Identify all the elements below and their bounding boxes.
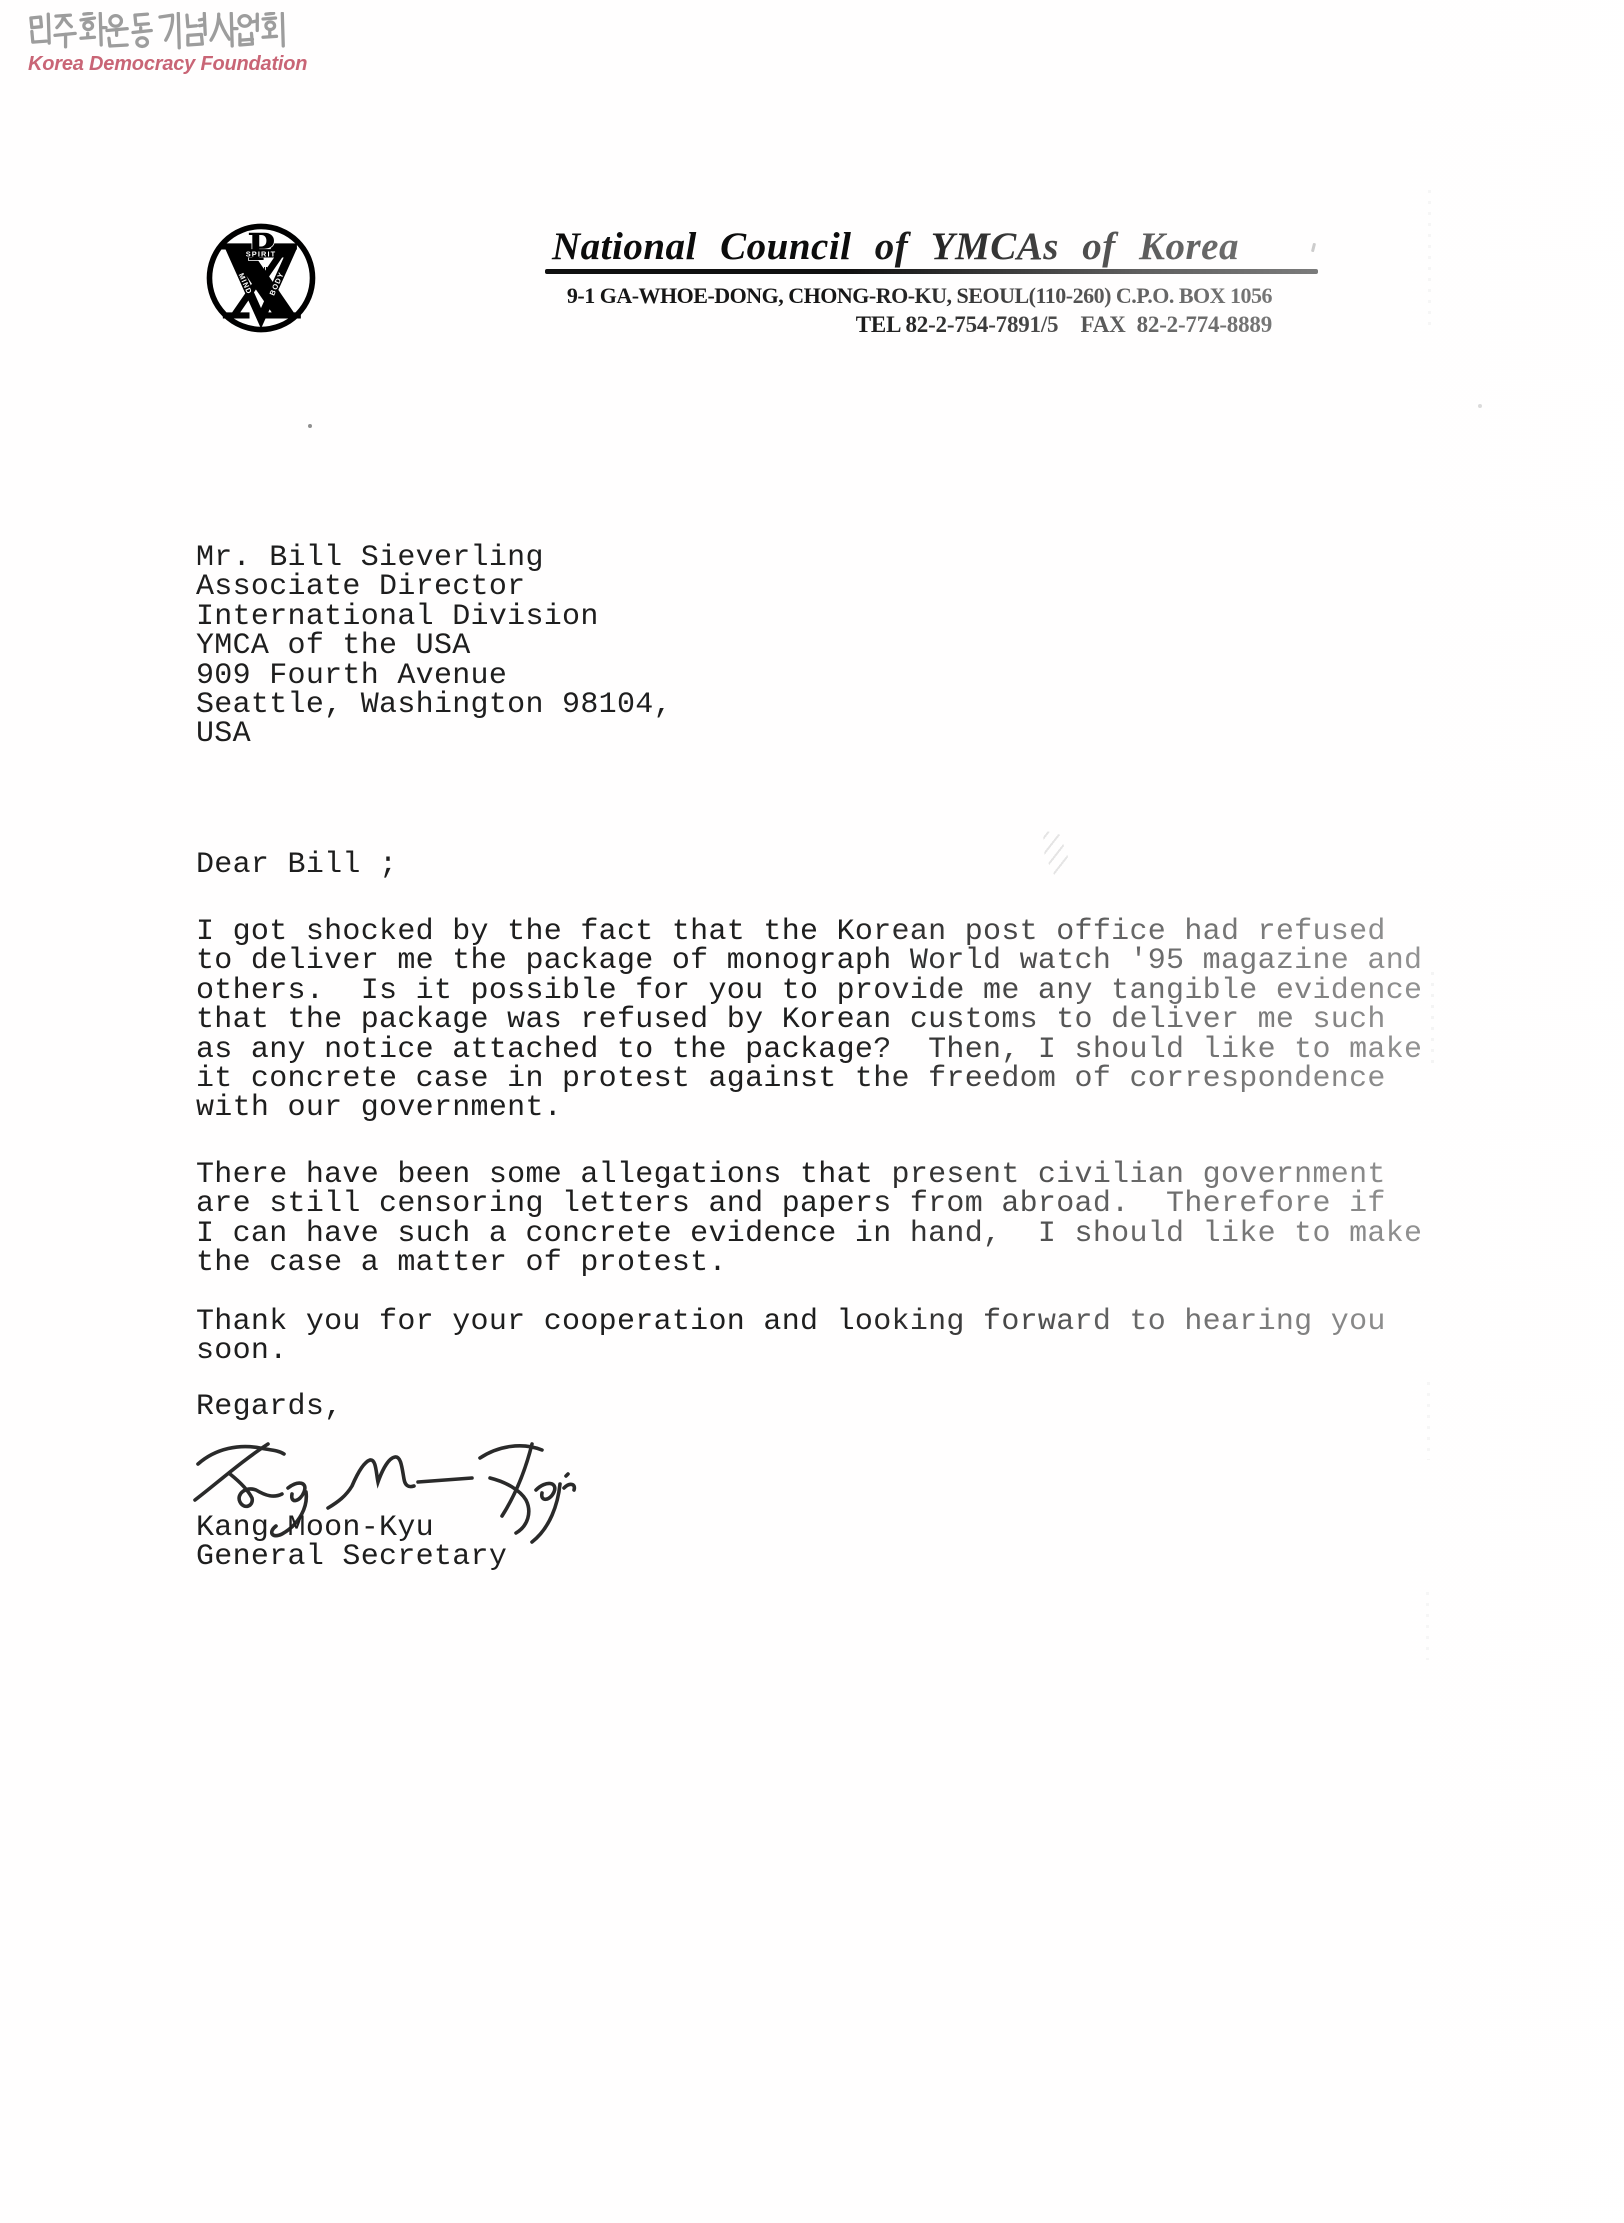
letterhead-rule: [545, 269, 1318, 274]
kdf-logo: Korea Democracy Foundation: [28, 12, 307, 76]
recipient-address-block: Mr. Bill Sieverling Associate Director I…: [196, 544, 672, 750]
scan-speckle-column: [1428, 190, 1431, 330]
kdf-korean-calligraphy: [28, 12, 290, 51]
closing-line: Regards,: [196, 1393, 342, 1422]
scan-dot-artifact: [1478, 404, 1482, 408]
scan-tick-artifact: [1311, 243, 1316, 252]
ymca-emblem-logo: X P SPIRIT MIND BODY JOHN: [205, 221, 317, 335]
emblem-word-spirit: SPIRIT: [246, 249, 277, 258]
emblem-rho-glyph: P: [247, 225, 275, 269]
body-paragraph-3: Thank you for your cooperation and looki…: [196, 1308, 1386, 1367]
body-paragraph-2: There have been some allegations that pr…: [196, 1161, 1422, 1279]
body-paragraph-1: I got shocked by the fact that the Korea…: [196, 918, 1422, 1124]
scanned-letter-page: Korea Democracy Foundation X P SPIRIT MI…: [0, 0, 1624, 2223]
kdf-subtitle: Korea Democracy Foundation: [28, 53, 307, 76]
letterhead-address: 9-1 GA-WHOE-DONG, CHONG-RO-KU, SEOUL(110…: [520, 283, 1272, 309]
scan-smudge-artifact: [1036, 830, 1070, 876]
scan-speckle-column: [1431, 972, 1434, 1067]
signer-name-title-block: Kang Moon-Kyu General Secretary: [196, 1514, 507, 1573]
scan-speckle-column: [1426, 1592, 1429, 1660]
emblem-word-john: JOHN: [252, 266, 271, 273]
scan-speckle-column: [1427, 1382, 1430, 1460]
salutation: Dear Bill ;: [196, 851, 397, 880]
letterhead-address-block: 9-1 GA-WHOE-DONG, CHONG-RO-KU, SEOUL(110…: [520, 283, 1272, 338]
letterhead-tel-fax: TEL 82-2-754-7891/5 FAX 82-2-774-8889: [520, 312, 1272, 338]
scan-dot-artifact: [308, 424, 312, 428]
signer-title: General Secretary: [196, 1540, 507, 1574]
letterhead-organization-title: National Council of YMCAs of Korea: [552, 224, 1239, 269]
